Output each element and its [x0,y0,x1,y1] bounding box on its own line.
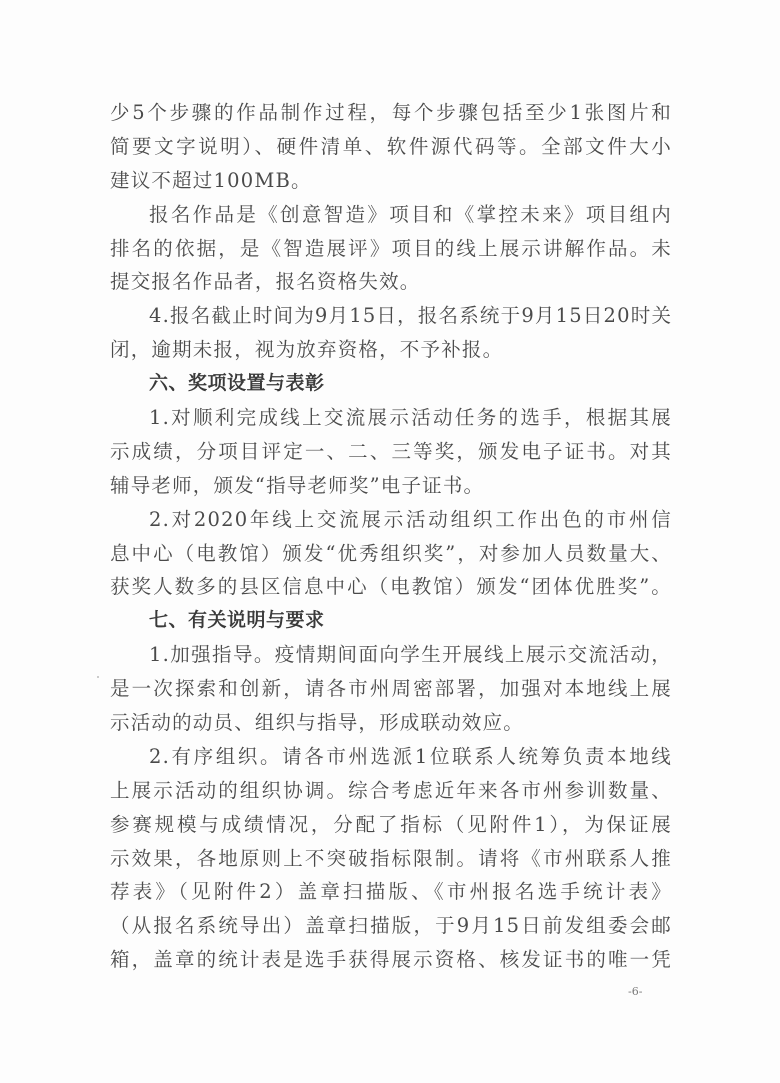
text-line: （从报名系统导出）盖章扫描版，于9月15日前发组委会邮 [110,909,672,943]
text-line: 荐表》（见附件2）盖章扫描版、《市州报名选手统计表》 [110,875,672,909]
document-body: 少5个步骤的作品制作过程，每个步骤包括至少1张图片和 简要文字说明）、硬件清单、… [110,96,672,977]
text-line: 4.报名截止时间为9月15日，报名系统于9月15日20时关 [110,299,672,333]
text-line: 1.对顺利完成线上交流展示活动任务的选手，根据其展 [110,401,672,435]
section-heading-awards: 六、奖项设置与表彰 [110,367,672,401]
page-number: -6- [628,985,642,998]
text-line: 提交报名作品者，报名资格失效。 [110,265,672,299]
text-line: 箱，盖章的统计表是选手获得展示资格、核发证书的唯一凭 [110,943,672,977]
text-line: 示活动的动员、组织与指导，形成联动效应。 [110,706,672,740]
text-line: 简要文字说明）、硬件清单、软件源代码等。全部文件大小 [110,130,672,164]
document-page: 少5个步骤的作品制作过程，每个步骤包括至少1张图片和 简要文字说明）、硬件清单、… [0,0,780,1083]
section-heading-notes: 七、有关说明与要求 [110,604,672,638]
text-line: 2.对2020年线上交流展示活动组织工作出色的市州信 [110,503,672,537]
text-line: 上展示活动的组织协调。综合考虑近年来各市州参训数量、 [110,774,672,808]
text-line: 2.有序组织。请各市州选派1位联系人统筹负责本地线 [110,740,672,774]
text-line: 示成绩，分项目评定一、二、三等奖，颁发电子证书。对其 [110,435,672,469]
text-line: 息中心（电教馆）颁发“优秀组织奖”，对参加人员数量大、 [110,537,672,571]
text-line: 1.加强指导。疫情期间面向学生开展线上展示交流活动， [110,638,672,672]
text-line: 参赛规模与成绩情况，分配了指标（见附件1），为保证展 [110,808,672,842]
scan-speck [97,676,99,678]
text-line: 获奖人数多的县区信息中心（电教馆）颁发“团体优胜奖”。 [110,570,672,604]
text-line: 报名作品是《创意智造》项目和《掌控未来》项目组内 [110,198,672,232]
text-line: 示效果，各地原则上不突破指标限制。请将《市州联系人推 [110,842,672,876]
text-line: 是一次探索和创新，请各市州周密部署，加强对本地线上展 [110,672,672,706]
text-line: 排名的依据，是《智造展评》项目的线上展示讲解作品。未 [110,232,672,266]
text-line: 少5个步骤的作品制作过程，每个步骤包括至少1张图片和 [110,96,672,130]
text-line: 辅导老师，颁发“指导老师奖”电子证书。 [110,469,672,503]
text-line: 建议不超过100MB。 [110,164,672,198]
text-line: 闭，逾期未报，视为放弃资格，不予补报。 [110,333,672,367]
